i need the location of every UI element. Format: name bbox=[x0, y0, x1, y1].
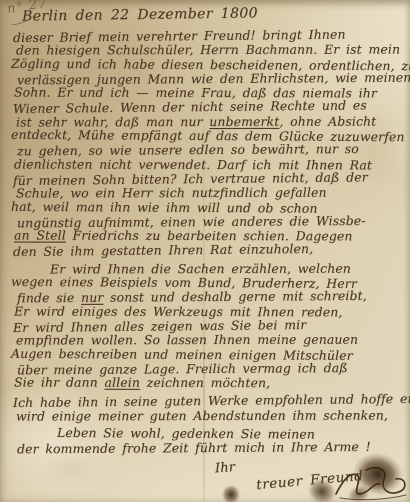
letter-line: Sie ihr dann allein zeichnen möchten, bbox=[14, 376, 405, 391]
paragraph: dieser Brief mein verehrter Freund! brin… bbox=[13, 29, 405, 258]
paragraph: Er wird Ihnen die Sachen erzählen, welch… bbox=[13, 262, 405, 391]
letter-paragraphs: dieser Brief mein verehrter Freund! brin… bbox=[13, 29, 405, 456]
letter-page: n° 27 Berlin den 22 Dezember 1800 dieser… bbox=[0, 0, 410, 502]
letter-line: den Sie ihm gestatten Ihren Rat einzuhol… bbox=[13, 241, 405, 259]
letter-body: Berlin den 22 Dezember 1800 dieser Brief… bbox=[13, 6, 405, 487]
paragraph: Ich habe ihn in seine guten Werke empfoh… bbox=[13, 394, 405, 423]
ink-blot-bottom-left bbox=[222, 485, 240, 502]
dateline: Berlin den 22 Dezember 1800 bbox=[22, 3, 405, 24]
signature-flourish bbox=[330, 460, 410, 502]
letter-line: der kommende frohe Zeit führt mich in Ih… bbox=[17, 440, 405, 457]
paragraph: Leben Sie wohl, gedenken Sie meinender k… bbox=[13, 427, 405, 456]
letter-line: wird einige meiner guten Abendstunden ih… bbox=[16, 408, 405, 423]
closing-salutation: Ihr bbox=[215, 459, 256, 476]
